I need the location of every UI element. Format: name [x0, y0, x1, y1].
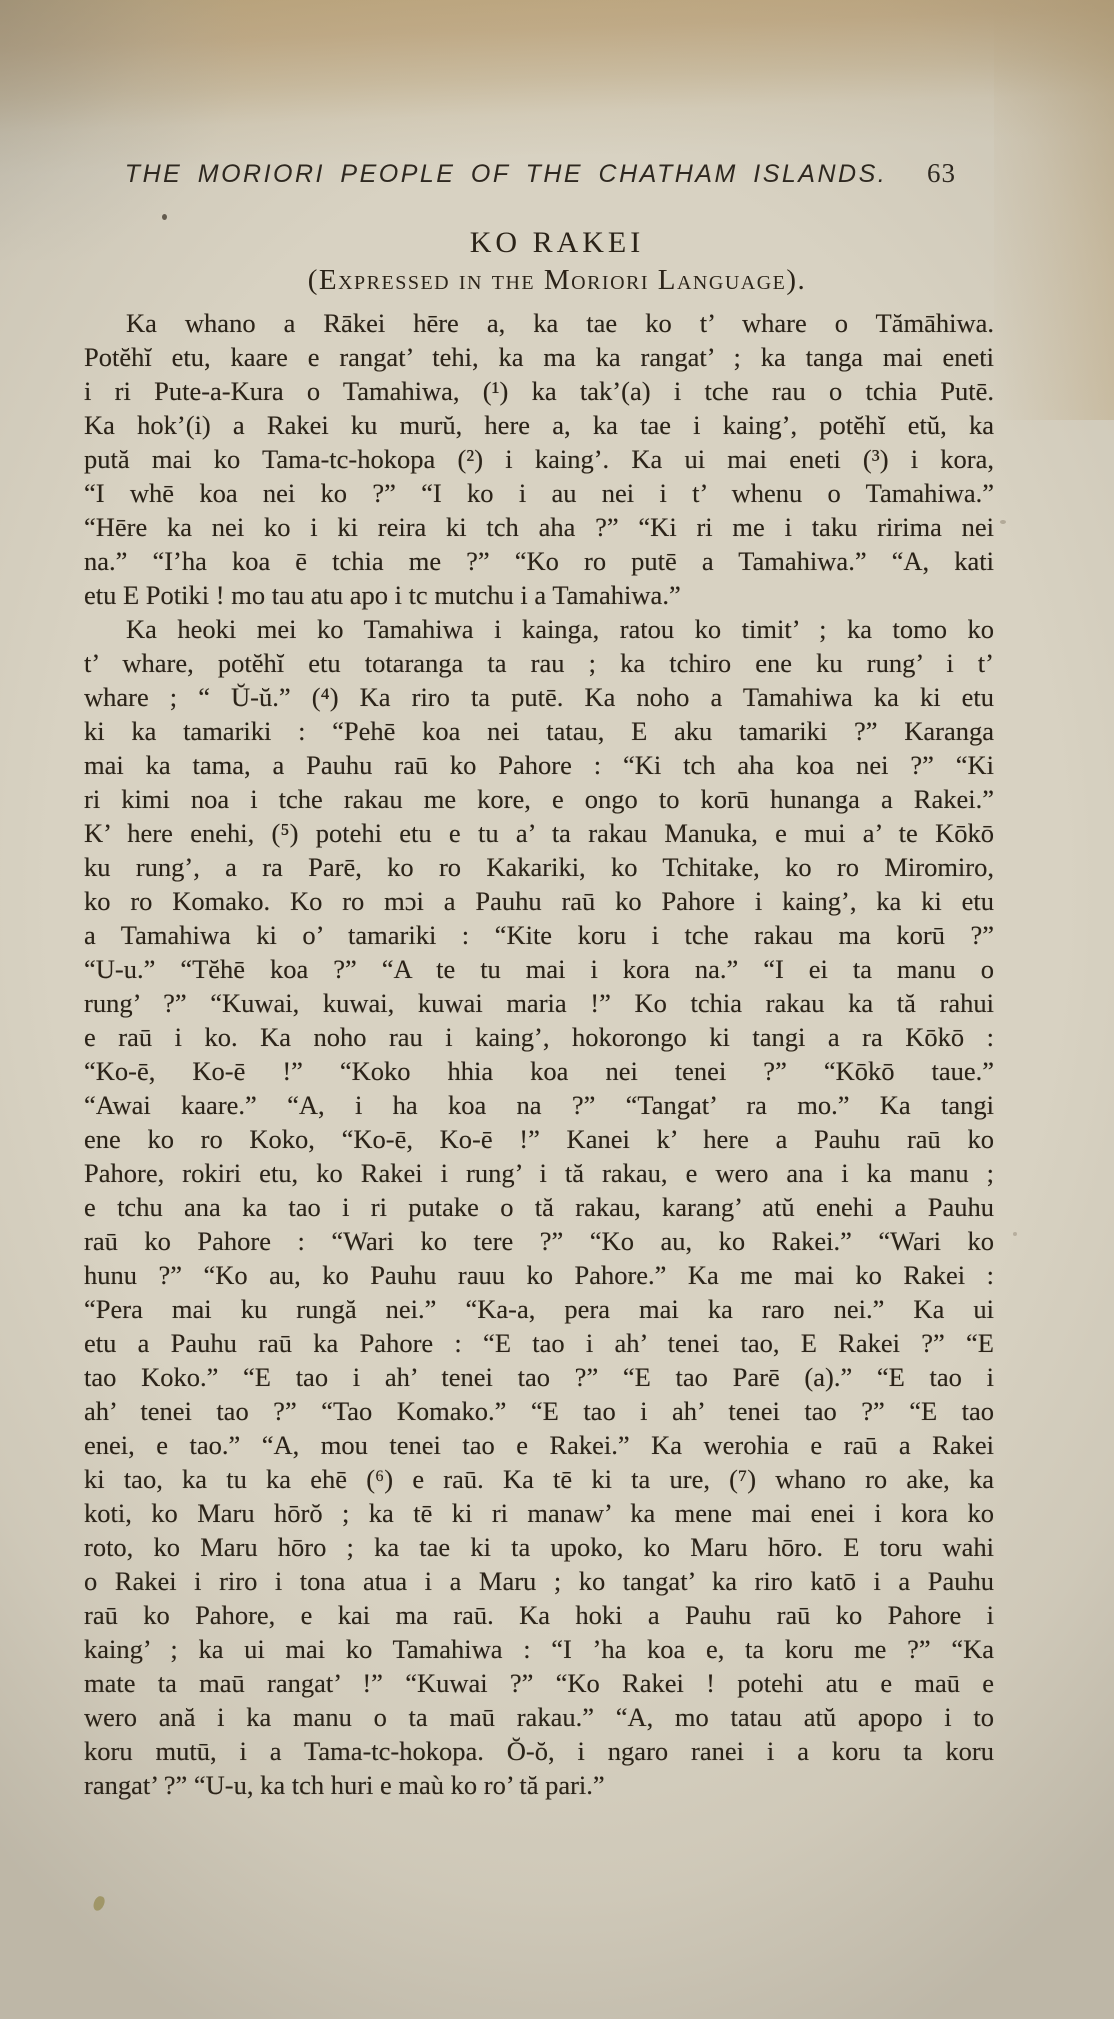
paper-topright-shade: [994, 0, 1114, 420]
text-line: hunu ?” “Ko au, ko Pauhu rauu ko Pahore.…: [84, 1258, 994, 1292]
text-line: tao Koko.” “E tao i ah’ tenei tao ?” “E …: [84, 1360, 994, 1394]
text-line: ki ka tamariki : “Pehē koa nei tatau, E …: [84, 714, 994, 748]
text-line: o Rakei i riro i tona atua i a Maru ; ko…: [84, 1564, 994, 1598]
text-line: roto, ko Maru hōro ; ka tae ki ta upoko,…: [84, 1530, 994, 1564]
text-line: “Hēre ka nei ko i ki reira ki tch aha ?”…: [84, 510, 994, 544]
text-line: K’ here enehi, (⁵) potehi etu e tu a’ ta…: [84, 816, 994, 850]
text-line: “Ko-ē, Ko-ē !” “Koko hhia koa nei tenei …: [84, 1054, 994, 1088]
text-line: ki tao, ka tu ka ehē (⁶) e raū. Ka tē ki…: [84, 1462, 994, 1496]
text-line: mai ka tama, a Pauhu raū ko Pahore : “Ki…: [84, 748, 994, 782]
chapter-subtitle: (Expressed in the Moriori Language).: [0, 264, 1114, 297]
text-line: t’ whare, potĕhĭ etu totaranga ta rau ; …: [84, 646, 994, 680]
text-line: Ka hok’(i) a Rakei ku murŭ, here a, ka t…: [84, 408, 994, 442]
text-line: Ka whano a Rākei hēre a, ka tae ko t’ wh…: [84, 306, 994, 340]
text-line: rung’ ?” “Kuwai, kuwai, kuwai maria !” K…: [84, 986, 994, 1020]
text-line: na.” “I’ha koa ē tchia me ?” “Ko ro putē…: [84, 544, 994, 578]
text-line: pută mai ko Tama-tc-hokopa (²) i kaing’.…: [84, 442, 994, 476]
text-line: e raū i ko. Ka noho rau i kaing’, hokoro…: [84, 1020, 994, 1054]
ink-speck: [162, 214, 167, 220]
running-header-title: THE MORIORI PEOPLE OF THE CHATHAM ISLAND…: [85, 160, 927, 189]
page-number: 63: [927, 158, 956, 189]
text-line: whare ; “ Ŭ-ŭ.” (⁴) Ka riro ta putē. Ka …: [84, 680, 994, 714]
text-line: Ka heoki mei ko Tamahiwa i kainga, ratou…: [84, 612, 994, 646]
paper-stain: [92, 1895, 106, 1912]
text-line: “Awai kaare.” “A, i ha koa na ?” “Tangat…: [84, 1088, 994, 1122]
book-page: THE MORIORI PEOPLE OF THE CHATHAM ISLAND…: [0, 0, 1114, 2019]
text-line: ko ro Komako. Ko ro mɔi a Pauhu raū ko P…: [84, 884, 994, 918]
text-line: koru mutū, i a Tama-tc-hokopa. Ŏ-ŏ, i ng…: [84, 1734, 994, 1768]
text-line: raū ko Pahore, e kai ma raū. Ka hoki a P…: [84, 1598, 994, 1632]
text-line: etu E Potiki ! mo tau atu apo i tc mutch…: [84, 578, 994, 612]
paragraph: Ka whano a Rākei hēre a, ka tae ko t’ wh…: [84, 306, 994, 612]
text-line: “I whē koa nei ko ?” “I ko i au nei i t’…: [84, 476, 994, 510]
text-line: e tchu ana ka tao i ri putake o tă rakau…: [84, 1190, 994, 1224]
text-line: koti, ko Maru hōrŏ ; ka tē ki ri manaw’ …: [84, 1496, 994, 1530]
text-line: ene ko ro Koko, “Ko-ē, Ko-ē !” Kanei k’ …: [84, 1122, 994, 1156]
text-line: Pahore, rokiri etu, ko Rakei i rung’ i t…: [84, 1156, 994, 1190]
paper-top-shade: [0, 0, 1114, 175]
text-line: “U-u.” “Tĕhē koa ?” “A te tu mai i kora …: [84, 952, 994, 986]
running-header: THE MORIORI PEOPLE OF THE CHATHAM ISLAND…: [85, 158, 956, 189]
paper-topleft-shade: [0, 0, 240, 260]
text-line: ku rung’, a ra Parē, ko ro Kakariki, ko …: [84, 850, 994, 884]
paper-speck: [1000, 520, 1006, 524]
text-line: mate ta maū rangat’ !” “Kuwai ?” “Ko Rak…: [84, 1666, 994, 1700]
text-line: a Tamahiwa ki o’ tamariki : “Kite koru i…: [84, 918, 994, 952]
text-line: kaing’ ; ka ui mai ko Tamahiwa : “I ’ha …: [84, 1632, 994, 1666]
text-line: “Pera mai ku rungă nei.” “Ka-a, pera mai…: [84, 1292, 994, 1326]
text-line: enei, e tao.” “A, mou tenei tao e Rakei.…: [84, 1428, 994, 1462]
chapter-title: KO RAKEI: [0, 226, 1114, 260]
text-line: i ri Pute-a-Kura o Tamahiwa, (¹) ka tak’…: [84, 374, 994, 408]
text-line: etu a Pauhu raū ka Pahore : “E tao i ah’…: [84, 1326, 994, 1360]
paper-speck: [1013, 1232, 1017, 1236]
text-line: ri kimi noa i tche rakau me kore, e ongo…: [84, 782, 994, 816]
text-line: ah’ tenei tao ?” “Tao Komako.” “E tao i …: [84, 1394, 994, 1428]
body-text: Ka whano a Rākei hēre a, ka tae ko t’ wh…: [84, 306, 994, 1802]
text-line: Potĕhĭ etu, kaare e rangat’ tehi, ka ma …: [84, 340, 994, 374]
text-line: raū ko Pahore : “Wari ko tere ?” “Ko au,…: [84, 1224, 994, 1258]
paragraph: Ka heoki mei ko Tamahiwa i kainga, ratou…: [84, 612, 994, 1802]
text-line: wero ană i ka manu o ta maū rakau.” “A, …: [84, 1700, 994, 1734]
text-line: rangat’ ?” “U-u, ka tch huri e maù ko ro…: [84, 1768, 994, 1802]
